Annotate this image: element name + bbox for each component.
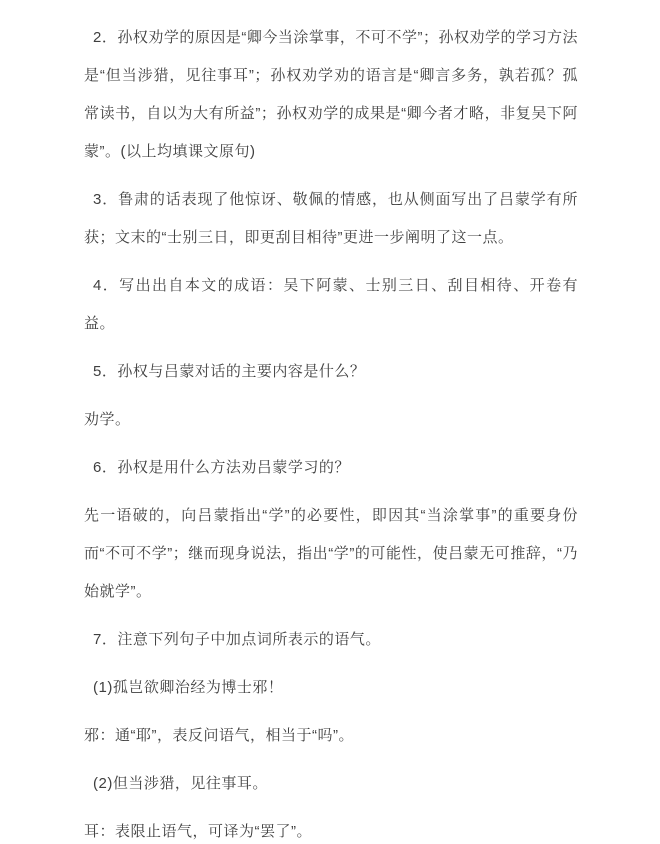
question-5-paragraph: 5．孙权与吕蒙对话的主要内容是什么？: [84, 353, 578, 391]
question-7-sub-2-paragraph: (2)但当涉猎，见往事耳。: [84, 765, 578, 803]
answer-5-paragraph: 劝学。: [84, 401, 578, 439]
document-page: 2．孙权劝学的原因是“卿今当涂掌事，不可不学”；孙权劝学的学习方法是“但当涉猎，…: [0, 0, 660, 844]
question-7-sub-1-paragraph: (1)孤岂欲卿治经为博士邪！: [84, 669, 578, 707]
question-3-paragraph: 3．鲁肃的话表现了他惊讶、敬佩的情感，也从侧面写出了吕蒙学有所获；文末的“士别三…: [84, 181, 578, 257]
answer-7-sub-2-paragraph: 耳：表限止语气，可译为“罢了”。: [84, 813, 578, 844]
question-4-paragraph: 4．写出出自本文的成语：吴下阿蒙、士别三日、刮目相待、开卷有益。: [84, 267, 578, 343]
answer-7-sub-1-paragraph: 邪：通“耶”，表反问语气，相当于“吗”。: [84, 717, 578, 755]
question-6-paragraph: 6．孙权是用什么方法劝吕蒙学习的？: [84, 449, 578, 487]
question-2-paragraph: 2．孙权劝学的原因是“卿今当涂掌事，不可不学”；孙权劝学的学习方法是“但当涉猎，…: [84, 19, 578, 171]
answer-6-paragraph: 先一语破的，向吕蒙指出“学”的必要性，即因其“当涂掌事”的重要身份而“不可不学”…: [84, 497, 578, 611]
question-7-paragraph: 7．注意下列句子中加点词所表示的语气。: [84, 621, 578, 659]
